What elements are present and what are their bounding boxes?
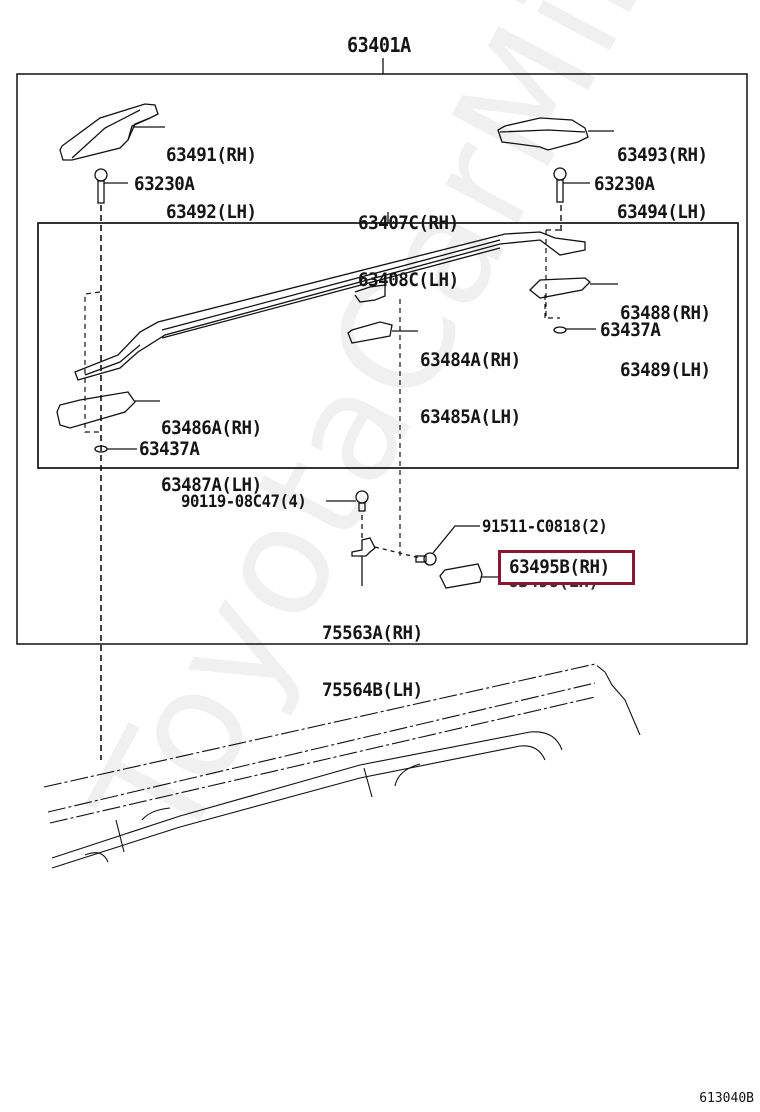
- label-gasket-left[interactable]: 63437A: [139, 440, 199, 459]
- label-rail[interactable]: 63407C(RH) 63408C(LH): [358, 176, 459, 328]
- label-rail-lh[interactable]: 63408C(LH): [358, 271, 459, 290]
- parts-diagram: ToyotaCarMine.ru: [0, 0, 760, 1112]
- diagram-code: 613040B: [699, 1091, 754, 1106]
- label-bracket-lh[interactable]: 75564B(LH): [322, 681, 423, 700]
- label-bracket-bolt[interactable]: 90119-08C47(4): [181, 493, 306, 512]
- label-pad-center-rh[interactable]: 63484A(RH): [420, 351, 521, 370]
- label-rear-cover-rh[interactable]: 63493(RH): [617, 146, 708, 165]
- label-screw[interactable]: 91511-C0818(2): [482, 518, 607, 537]
- label-bolt-left[interactable]: 63230A: [134, 175, 194, 194]
- label-front-cover-lh[interactable]: 63492(LH): [166, 203, 257, 222]
- bolt-left-part: [95, 169, 128, 760]
- label-pad-front-rh[interactable]: 63486A(RH): [161, 419, 262, 438]
- label-pad-rear-lh[interactable]: 63489(LH): [620, 361, 711, 380]
- label-pad-rear[interactable]: 63488(RH) 63489(LH): [620, 266, 711, 418]
- label-rail-rh[interactable]: 63407C(RH): [358, 214, 459, 233]
- front-cover-part: [60, 104, 165, 160]
- pad-front-part: [57, 392, 160, 428]
- label-pad-center[interactable]: 63484A(RH) 63485A(LH): [420, 313, 521, 465]
- bracket-bolt-part: [326, 491, 368, 540]
- label-bracket[interactable]: 75563A(RH) 75564B(LH): [322, 586, 423, 738]
- bracket-part: [352, 538, 420, 586]
- label-cap-rh[interactable]: 63495B(RH): [509, 558, 610, 577]
- rear-cover-part: [498, 118, 614, 150]
- label-front-cover-rh[interactable]: 63491(RH): [166, 146, 257, 165]
- gasket-right-part: [554, 327, 596, 333]
- label-bracket-rh[interactable]: 75563A(RH): [322, 624, 423, 643]
- label-gasket-right[interactable]: 63437A: [600, 321, 660, 340]
- pad-rear-part: [530, 278, 618, 298]
- label-bolt-right[interactable]: 63230A: [594, 175, 654, 194]
- label-rear-cover-lh[interactable]: 63494(LH): [617, 203, 708, 222]
- screw-part: [416, 526, 480, 565]
- label-pad-center-lh[interactable]: 63485A(LH): [420, 408, 521, 427]
- label-assembly[interactable]: 63401A: [347, 36, 411, 55]
